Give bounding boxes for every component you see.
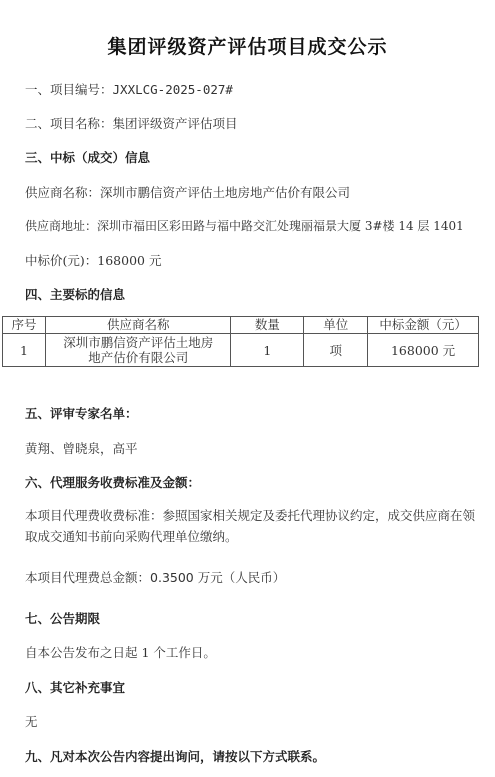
bid-items-table: 序号 供应商名称 数量 单位 中标金额（元） 1 深圳市鹏信资产评估土地房地产估… — [2, 316, 479, 367]
header-amount: 中标金额（元） — [368, 317, 479, 334]
project-number-label: 一、项目编号： — [25, 82, 113, 97]
table-row: 1 深圳市鹏信资产评估土地房地产估价有限公司 1 项 168000 元 — [3, 334, 479, 367]
header-unit: 单位 — [304, 317, 368, 334]
header-quantity: 数量 — [231, 317, 304, 334]
project-name-line: 二、项目名称：集团评级资产评估项目 — [25, 114, 238, 132]
fee-standard: 本项目代理费收费标准：参照国家相关规定及委托代理协议约定，成交供应商在领取成交通… — [25, 505, 475, 547]
document-title: 集团评级资产评估项目成交公示 — [0, 32, 495, 59]
section-4-heading: 四、主要标的信息 — [25, 285, 125, 303]
fee-total-value: 0.3500 — [150, 570, 194, 585]
cell-unit: 项 — [304, 334, 368, 367]
header-supplier: 供应商名称 — [45, 317, 231, 334]
section-7-heading: 七、公告期限 — [25, 609, 100, 627]
section-8-heading: 八、其它补充事宜 — [25, 678, 125, 696]
supplier-name: 供应商名称：深圳市鹏信资产评估土地房地产估价有限公司 — [25, 183, 350, 201]
announcement-period: 自本公告发布之日起 1 个工作日。 — [25, 643, 216, 661]
cell-index: 1 — [3, 334, 46, 367]
fee-total-label: 本项目代理费总金额： — [25, 570, 150, 585]
project-number-line: 一、项目编号：JXXLCG-2025-027# — [25, 80, 233, 98]
table-header-row: 序号 供应商名称 数量 单位 中标金额（元） — [3, 317, 479, 334]
cell-supplier: 深圳市鹏信资产评估土地房地产估价有限公司 — [45, 334, 231, 367]
section-3-heading: 三、中标（成交）信息 — [25, 148, 150, 166]
section-5-heading: 五、评审专家名单： — [25, 404, 138, 422]
project-number-value: JXXLCG-2025-027# — [113, 82, 233, 97]
header-index: 序号 — [3, 317, 46, 334]
section-9-heading: 九、凡对本次公告内容提出询问，请按以下方式联系。 — [25, 747, 325, 765]
fee-total-line: 本项目代理费总金额：0.3500 万元（人民币） — [25, 568, 285, 586]
bid-price: 中标价(元)：168000 元 — [25, 251, 161, 269]
fee-total-unit: 万元（人民币） — [194, 570, 285, 585]
cell-amount: 168000 元 — [368, 334, 479, 367]
supplementary-content: 无 — [25, 712, 38, 730]
section-6-heading: 六、代理服务收费标准及金额： — [25, 473, 200, 491]
experts-list: 黄翔、曾晓泉，高平 — [25, 439, 138, 457]
project-name-value: 集团评级资产评估项目 — [113, 116, 238, 131]
supplier-address: 供应商地址：深圳市福田区彩田路与福中路交汇处瑰丽福景大厦 3#楼 14 层 14… — [25, 217, 464, 234]
cell-quantity: 1 — [231, 334, 304, 367]
project-name-label: 二、项目名称： — [25, 116, 113, 131]
